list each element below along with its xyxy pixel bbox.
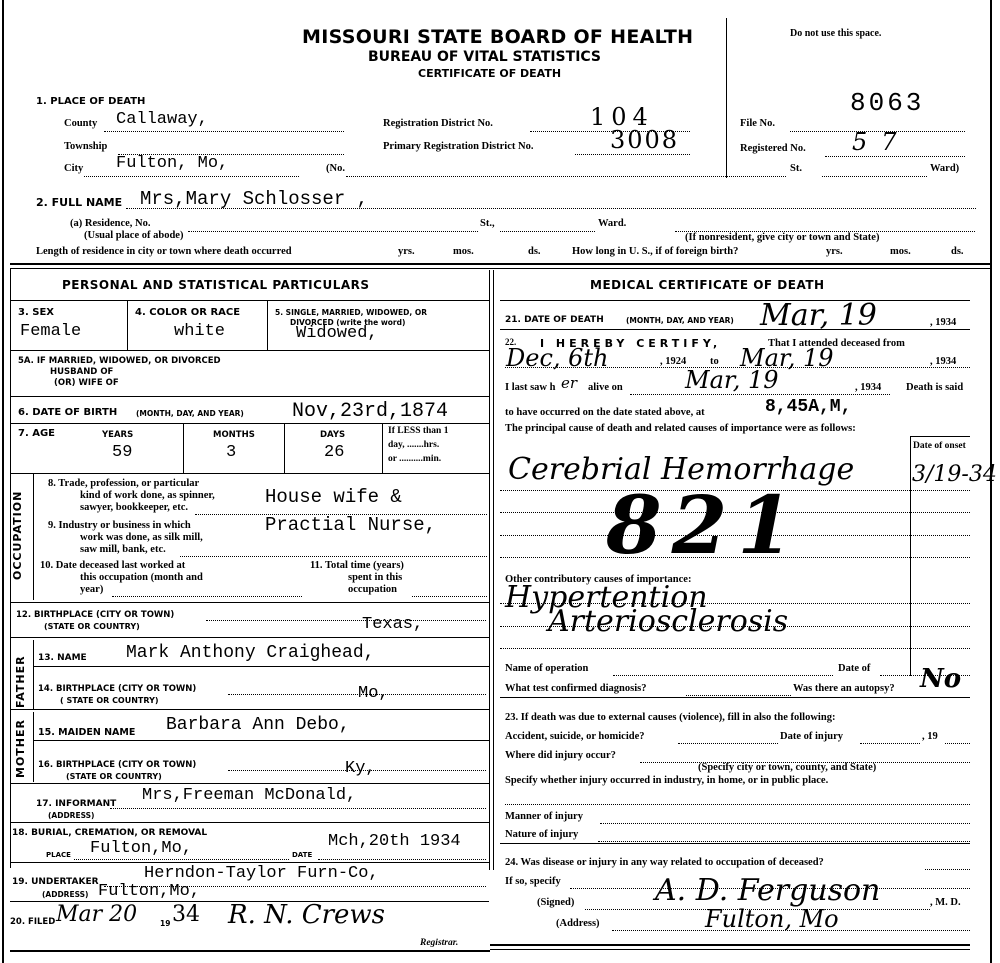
- primary-district-value: 3008: [610, 126, 679, 154]
- age-days-value: 26: [324, 443, 344, 462]
- industry-label-2: work was done, as silk mill,: [80, 532, 203, 543]
- trade-label-3: sawyer, bookkeeper, etc.: [80, 502, 188, 513]
- foreign-ds-label: ds.: [951, 246, 964, 257]
- last-saw-date: Mar, 19: [685, 366, 779, 394]
- spouse-wife-label: (OR) WIFE OF: [54, 378, 119, 388]
- cause-intro: The principal cause of death and related…: [505, 423, 856, 434]
- registered-no-value: 57: [852, 128, 911, 156]
- sex-value: Female: [20, 322, 81, 341]
- filed-date-value: Mar 20: [56, 902, 137, 927]
- primary-district-label: Primary Registration District No.: [383, 141, 533, 152]
- header-divider: [726, 18, 727, 178]
- residence-label: (a) Residence, No.: [70, 218, 150, 229]
- header-rule-top: [10, 263, 990, 265]
- father-name-value: Mark Anthony Craighead,: [126, 643, 374, 663]
- township-label: Township: [64, 141, 107, 152]
- trade-label-2: kind of work done, as spinner,: [80, 490, 215, 501]
- autopsy-value: No: [920, 664, 961, 694]
- father-birthplace-label: 14. BIRTHPLACE (CITY OR TOWN): [38, 684, 196, 694]
- file-no-value: 8063: [850, 88, 924, 118]
- occupation-related-label: 24. Was disease or injury in any way rel…: [505, 857, 824, 868]
- industry-label-3: saw mill, bank, etc.: [80, 544, 166, 555]
- birthplace-value: Texas,: [362, 615, 423, 634]
- length-mos-label: mos.: [453, 246, 474, 257]
- total-time-label-1: 11. Total time (years): [310, 560, 404, 571]
- age-label: 7. AGE: [18, 428, 55, 439]
- undertaker-label: 19. UNDERTAKER: [12, 877, 99, 887]
- mother-birthplace-sublabel: (STATE OR COUNTRY): [66, 772, 162, 781]
- marital-value: Widowed,: [296, 324, 378, 343]
- where-injury-label: Where did injury occur?: [505, 750, 616, 761]
- less-min-label: or ..........min.: [388, 454, 441, 464]
- street-no-label: (No.: [326, 163, 345, 174]
- specify-label: If so, specify: [505, 876, 561, 887]
- age-months-value: 3: [226, 443, 236, 462]
- operation-label: Name of operation: [505, 663, 588, 674]
- county-label: County: [64, 118, 97, 129]
- industry-label-1: 9. Industry or business in which: [48, 520, 191, 531]
- burial-date-value: Mch,20th 1934: [328, 832, 461, 851]
- less-hrs-label: day, .......hrs.: [388, 440, 439, 450]
- external-causes-label: 23. If death was due to external causes …: [505, 712, 835, 723]
- onset-date-value: 3/19-34: [912, 462, 997, 487]
- burial-label: 18. BURIAL, CREMATION, OR REMOVAL: [12, 828, 207, 838]
- address-label: (Address): [556, 918, 600, 929]
- age-years-value: 59: [112, 443, 132, 462]
- undertaker-address-value: Fulton,Mo,: [98, 882, 200, 901]
- length-ds-label: ds.: [528, 246, 541, 257]
- md-label: , M. D.: [930, 897, 961, 908]
- death-time-value: 8,45A,M,: [765, 397, 851, 417]
- personal-section-title: PERSONAL AND STATISTICAL PARTICULARS: [62, 278, 370, 292]
- total-time-label-2: spent in this: [348, 572, 402, 583]
- nature-label: Nature of injury: [505, 829, 578, 840]
- dod-value: Mar, 19: [760, 298, 877, 333]
- father-name-label: 13. NAME: [38, 653, 87, 663]
- spouse-label: 5A. IF MARRIED, WIDOWED, OR DIVORCED: [18, 356, 221, 366]
- occurred-label: to have occurred on the date stated abov…: [505, 407, 705, 418]
- mother-name-value: Barbara Ann Debo,: [166, 715, 350, 735]
- residence-street-label: St.,: [480, 218, 495, 229]
- operation-date-label: Date of: [838, 663, 870, 674]
- full-name-value: Mrs,Mary Schlosser ,: [140, 188, 368, 210]
- header-rule-bottom: [10, 268, 990, 269]
- trade-value: House wife &: [265, 486, 402, 508]
- race-value: white: [174, 322, 225, 341]
- manner-label: Manner of injury: [505, 811, 583, 822]
- sex-label: 3. SEX: [18, 307, 54, 318]
- last-saw-year: , 1934: [855, 382, 881, 393]
- left-border: [2, 0, 4, 963]
- medical-section-title: MEDICAL CERTIFICATE OF DEATH: [590, 278, 825, 292]
- mother-side-label: MOTHER: [14, 719, 27, 778]
- last-worked-label-3: year): [80, 584, 103, 595]
- total-time-label-3: occupation: [348, 584, 397, 595]
- days-label: DAYS: [320, 430, 345, 440]
- physician-signature: A. D. Ferguson: [655, 873, 880, 908]
- last-worked-label-2: this occupation (month and: [80, 572, 203, 583]
- burial-place-label: PLACE: [46, 851, 71, 859]
- filed-year-value: 34: [172, 902, 200, 927]
- dod-sublabel: (MONTH, DAY, AND YEAR): [626, 316, 734, 325]
- last-saw-label: I last saw h: [505, 382, 555, 393]
- length-residence-label: Length of residence in city or town wher…: [36, 246, 292, 257]
- filed-year-prefix: 19: [160, 919, 170, 928]
- registrar-label: Registrar.: [420, 938, 458, 948]
- last-saw-pronoun: er: [561, 374, 577, 392]
- nonresident-note: (If nonresident, give city or town and S…: [685, 232, 879, 243]
- center-divider-right: [493, 270, 494, 870]
- injury-year-label: , 19: [922, 731, 938, 742]
- death-said-label: Death is said: [906, 382, 963, 393]
- certificate-title: CERTIFICATE OF DEATH: [418, 67, 561, 80]
- months-label: MONTHS: [213, 430, 255, 440]
- undertaker-name-value: Herndon-Taylor Furn-Co,: [144, 864, 379, 883]
- bureau-title: BUREAU OF VITAL STATISTICS: [368, 49, 601, 65]
- foreign-yrs-label: yrs.: [826, 246, 843, 257]
- city-label: City: [64, 163, 83, 174]
- informant-value: Mrs,Freeman McDonald,: [142, 786, 356, 805]
- nosology-code-stamp: 821: [606, 478, 803, 572]
- mother-birthplace-label: 16. BIRTHPLACE (CITY OR TOWN): [38, 760, 196, 770]
- father-side-label: FATHER: [14, 655, 27, 708]
- father-birthplace-sublabel: ( STATE OR COUNTRY): [60, 696, 159, 705]
- dob-label: 6. DATE OF BIRTH: [18, 407, 117, 418]
- dod-label: 21. DATE OF DEATH: [505, 315, 604, 325]
- alive-on-label: alive on: [588, 382, 623, 393]
- race-label: 4. COLOR OR RACE: [135, 307, 240, 318]
- length-yrs-label: yrs.: [398, 246, 415, 257]
- registrar-signature: R. N. Crews: [228, 900, 385, 930]
- attended-from-year: , 1924: [660, 356, 686, 367]
- physician-address: Fulton, Mo: [705, 905, 839, 933]
- board-title: MISSOURI STATE BOARD OF HEALTH: [302, 26, 693, 48]
- industry-value: Practial Nurse,: [265, 514, 436, 536]
- registration-district-label: Registration District No.: [383, 118, 493, 129]
- place-of-death-label: 1. PLACE OF DEATH: [36, 96, 145, 107]
- less-than-day-label: If LESS than 1: [388, 426, 448, 436]
- mother-name-label: 15. MAIDEN NAME: [38, 727, 135, 738]
- signed-label: (Signed): [537, 897, 574, 908]
- registered-no-label: Registered No.: [740, 143, 806, 154]
- dob-value: Nov,23rd,1874: [292, 400, 448, 423]
- birthplace-sublabel: (STATE OR COUNTRY): [44, 622, 140, 631]
- foreign-mos-label: mos.: [890, 246, 911, 257]
- last-worked-label-1: 10. Date deceased last worked at: [40, 560, 185, 571]
- dod-year: , 1934: [930, 317, 956, 328]
- trade-label-1: 8. Trade, profession, or particular: [48, 478, 199, 489]
- residence-sublabel: (Usual place of abode): [84, 230, 183, 241]
- file-no-label: File No.: [740, 118, 775, 129]
- test-label: What test confirmed diagnosis?: [505, 683, 646, 694]
- county-value: Callaway,: [116, 110, 208, 129]
- autopsy-label: Was there an autopsy?: [793, 683, 895, 694]
- residence-ward-label: Ward.: [598, 218, 626, 229]
- onset-label: Date of onset: [913, 441, 966, 451]
- foreign-birth-label: How long in U. S., if of foreign birth?: [572, 246, 738, 257]
- ward-label: Ward): [930, 163, 959, 174]
- burial-date-label: DATE: [292, 851, 312, 859]
- informant-label: 17. INFORMANT: [36, 799, 116, 809]
- years-label: YEARS: [102, 430, 133, 440]
- marital-label: 5. SINGLE, MARRIED, WIDOWED, OR: [275, 308, 427, 317]
- city-value: Fulton, Mo,: [116, 154, 228, 173]
- mother-birthplace-value: Ky,: [345, 759, 376, 778]
- spouse-husband-label: HUSBAND OF: [50, 367, 113, 377]
- dob-sublabel: (MONTH, DAY, AND YEAR): [136, 409, 244, 418]
- accident-label: Accident, suicide, or homicide?: [505, 731, 645, 742]
- injury-place-label: Specify whether injury occurred in indus…: [505, 775, 828, 786]
- reserved-note: Do not use this space.: [790, 28, 881, 39]
- where-injury-sublabel: (Specify city or town, county, and State…: [698, 762, 876, 773]
- occupation-side-label: OCCUPATION: [11, 491, 24, 580]
- filed-label: 20. FILED: [10, 917, 55, 927]
- center-divider-left: [489, 270, 490, 870]
- informant-sublabel: (ADDRESS): [48, 811, 94, 820]
- contributory-cause-2: Arteriosclerosis: [548, 604, 788, 639]
- injury-date-label: Date of injury: [780, 731, 843, 742]
- street-label: St.: [790, 163, 802, 174]
- full-name-label: 2. FULL NAME: [36, 196, 122, 209]
- burial-place-value: Fulton,Mo,: [90, 839, 192, 858]
- father-birthplace-value: Mo,: [358, 684, 389, 703]
- birthplace-label: 12. BIRTHPLACE (CITY OR TOWN): [16, 610, 174, 620]
- attended-to-year: , 1934: [930, 356, 956, 367]
- undertaker-address-label: (ADDRESS): [42, 890, 88, 899]
